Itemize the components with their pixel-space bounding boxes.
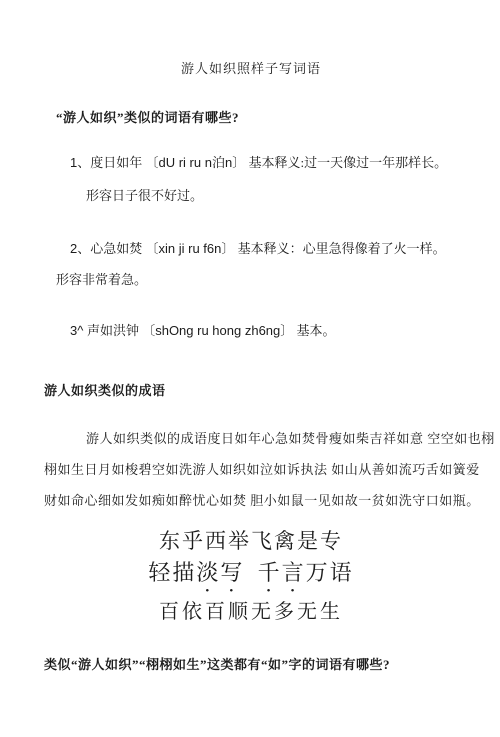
entry-1-continuation: 形容日子很不好过。 <box>86 179 458 212</box>
entry-3: 3^ 声如洪钟 〔shOng ru hong zh6ng〕 基本。 <box>70 314 458 347</box>
idiom-paragraph: 游人如织类似的成语度日如年心急如焚骨瘦如柴吉祥如意 空空如也栩 栩如生日月如梭碧… <box>44 423 458 516</box>
display-line-2-emphasized-2: 千言 <box>258 560 306 585</box>
display-line-1: 东乎西举飞禽是专 <box>44 526 458 557</box>
display-line-2-emphasized-1: 淡写 <box>196 560 244 585</box>
idiom-paragraph-line-3: 财如命心细如发如痴如醉忧心如焚 胆小如鼠一见如故一贫如洗守口如瓶。 <box>44 485 458 516</box>
section2-heading: 游人如织类似的成语 <box>44 380 458 399</box>
entry-2-word: 心急如焚 <box>90 241 145 256</box>
entry-1-word: 度日如年 <box>90 155 145 170</box>
display-line-3: 百依百顺无多无生 <box>44 597 458 628</box>
page-title: 游人如织照样子写词语 <box>44 58 458 77</box>
idiom-paragraph-line-2: 栩如生日月如梭碧空如洗游人如织如泣如诉执法 如山从善如流巧舌如簧爱 <box>44 454 458 485</box>
entry-3-pinyin: 〔shOng ru hong zh6ng〕 <box>142 323 293 338</box>
entry-1: 1、度日如年 〔dU ri ru n泊n〕 基本释义:过一天像过一年那样长。 <box>70 146 458 179</box>
document-page: 游人如织照样子写词语 “游人如织”类似的词语有哪些? 1、度日如年 〔dU ri… <box>0 0 500 737</box>
entry-1-number: 1、 <box>70 155 90 170</box>
display-line-2-plain-end: 万语 <box>306 560 354 585</box>
entry-2-number: 2、 <box>70 241 90 256</box>
display-line-2: 轻描淡写千言万语 <box>44 557 458 597</box>
entry-3-word: 声如洪钟 <box>87 323 142 338</box>
entry-2-pinyin: 〔xin ji ru f6n〕 <box>146 241 235 256</box>
question1-heading: “游人如织”类似的词语有哪些? <box>56 107 458 126</box>
entry-3-desc: 基本。 <box>293 323 335 338</box>
entry-2-continuation: 形容非常着急。 <box>56 265 458 294</box>
entry-3-number: 3^ <box>70 323 87 338</box>
idiom-paragraph-line-1: 游人如织类似的成语度日如年心急如焚骨瘦如柴吉祥如意 空空如也栩 <box>44 423 458 454</box>
display-line-2-plain-start: 轻描 <box>148 560 196 585</box>
question2-heading: 类似“游人如织”“栩栩如生”这类都有“如”字的词语有哪些? <box>44 654 458 673</box>
entry-1-desc: 基本释义:过一天像过一年那样长。 <box>245 155 447 170</box>
entry-2-desc: 基本释义：心里急得像着了火一样。 <box>234 241 445 256</box>
entry-1-pinyin: 〔dU ri ru n泊n〕 <box>146 155 246 170</box>
entry-2: 2、心急如焚 〔xin ji ru f6n〕 基本释义：心里急得像着了火一样。 <box>70 232 458 265</box>
display-text-block: 东乎西举飞禽是专 轻描淡写千言万语 百依百顺无多无生 <box>44 526 458 628</box>
